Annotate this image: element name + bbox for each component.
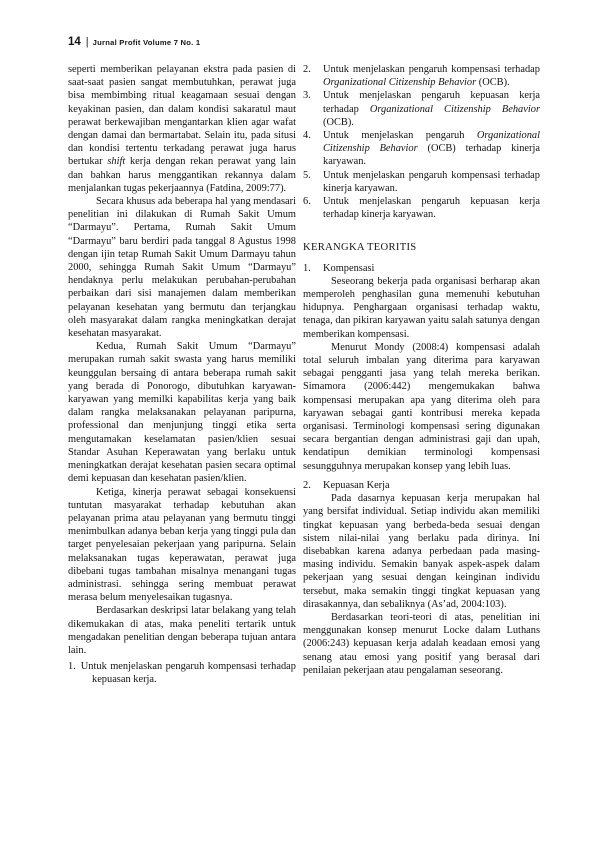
page-number: 14 <box>68 36 81 48</box>
subsection-title: Kompensasi <box>323 263 374 274</box>
list-number: 1. <box>68 661 76 672</box>
theory-sections: 1.KompensasiSeseorang bekerja pada organ… <box>303 262 540 677</box>
list-number: 3. <box>303 89 311 102</box>
subsection-number: 1. <box>303 262 311 275</box>
right-column: 2.Untuk menjelaskan pengaruh kompensasi … <box>303 63 540 687</box>
subsection-heading: 2.Kepuasan Kerja <box>303 479 540 492</box>
text-run: Untuk menjelaskan pengaruh kompensasi te… <box>323 170 540 194</box>
numbered-list-item: 1.Untuk menjelaskan pengaruh kompensasi … <box>68 660 296 686</box>
numbered-list-item: 2.Untuk menjelaskan pengaruh kompensasi … <box>303 63 540 89</box>
header-separator: | <box>86 36 89 48</box>
numbered-list-item: 6.Untuk menjelaskan pengaruh kepuasan ke… <box>303 195 540 221</box>
two-column-body: seperti memberikan pelayanan ekstra pada… <box>68 63 540 687</box>
text-run: Secara khusus ada beberapa hal yang mend… <box>68 196 296 339</box>
italic-text-run: shift <box>107 156 125 167</box>
italic-text-run: Organizational Citizenship Behavior <box>370 104 540 115</box>
text-run: Untuk menjelaskan pengaruh <box>323 130 477 141</box>
objectives-list-continued: 2.Untuk menjelaskan pengaruh kompensasi … <box>303 63 540 221</box>
list-number: 4. <box>303 129 311 142</box>
subsection-number: 2. <box>303 479 311 492</box>
text-run: Pada dasarnya kepuasan kerja merupakan h… <box>303 493 540 610</box>
list-item-text: Untuk menjelaskan pengaruh Organizationa… <box>323 130 540 167</box>
text-run: Ketiga, kinerja perawat sebagai konsekue… <box>68 487 296 604</box>
text-run: (OCB). <box>323 117 354 128</box>
paragraph: Menurut Mondy (2008:4) kompensasi adalah… <box>303 341 540 473</box>
text-run: Seseorang bekerja pada organisasi berhar… <box>303 276 540 340</box>
list-item-text: Untuk menjelaskan pengaruh kompensasi te… <box>323 170 540 194</box>
journal-title: Jurnal Profit Volume 7 No. 1 <box>93 38 201 47</box>
theory-section: 2.Kepuasan KerjaPada dasarnya kepuasan k… <box>303 479 540 677</box>
left-column: seperti memberikan pelayanan ekstra pada… <box>68 63 296 687</box>
text-run: Berdasarkan deskripsi latar belakang yan… <box>68 605 296 656</box>
list-number: 2. <box>303 63 311 76</box>
text-run: seperti memberikan pelayanan ekstra pada… <box>68 64 296 167</box>
paragraph: Secara khusus ada beberapa hal yang mend… <box>68 195 296 340</box>
paragraph: Berdasarkan deskripsi latar belakang yan… <box>68 604 296 657</box>
numbered-list-item: 4.Untuk menjelaskan pengaruh Organizatio… <box>303 129 540 169</box>
theory-section: 1.KompensasiSeseorang bekerja pada organ… <box>303 262 540 473</box>
subsection-title: Kepuasan Kerja <box>323 480 390 491</box>
text-run: Untuk menjelaskan pengaruh kepuasan kerj… <box>323 196 540 220</box>
list-item-text: Untuk menjelaskan pengaruh kompensasi te… <box>323 64 540 88</box>
text-run: (OCB). <box>476 77 509 88</box>
list-item-text: Untuk menjelaskan pengaruh kompensasi te… <box>81 661 296 685</box>
numbered-list-item: 3.Untuk menjelaskan pengaruh kepuasan ke… <box>303 89 540 129</box>
left-paragraphs: seperti memberikan pelayanan ekstra pada… <box>68 63 296 657</box>
italic-text-run: Organizational Citizenship Behavior <box>323 77 476 88</box>
paragraph: Kedua, Rumah Sakit Umum “Darmayu” merupa… <box>68 340 296 485</box>
text-run: Kedua, Rumah Sakit Umum “Darmayu” merupa… <box>68 341 296 484</box>
paragraph: Berdasarkan teori-teori di atas, penelit… <box>303 611 540 677</box>
text-run: Untuk menjelaskan pengaruh kompensasi te… <box>323 64 540 75</box>
paragraph: Pada dasarnya kepuasan kerja merupakan h… <box>303 492 540 611</box>
list-number: 5. <box>303 169 311 182</box>
text-run: Menurut Mondy (2008:4) kompensasi adalah… <box>303 342 540 472</box>
numbered-list-item: 5. Untuk menjelaskan pengaruh kompensasi… <box>303 169 540 195</box>
paragraph: Ketiga, kinerja perawat sebagai konsekue… <box>68 486 296 605</box>
list-number: 6. <box>303 195 311 208</box>
running-header: 14 | Jurnal Profit Volume 7 No. 1 <box>68 36 540 48</box>
text-run: Berdasarkan teori-teori di atas, penelit… <box>303 612 540 676</box>
list-item-text: Untuk menjelaskan pengaruh kepuasan kerj… <box>323 196 540 220</box>
objectives-list-start: 1.Untuk menjelaskan pengaruh kompensasi … <box>68 660 296 686</box>
paragraph: seperti memberikan pelayanan ekstra pada… <box>68 63 296 195</box>
section-heading-kerangka-teoritis: KERANGKA TEORITIS <box>303 241 540 254</box>
paragraph: Seseorang bekerja pada organisasi berhar… <box>303 275 540 341</box>
subsection-heading: 1.Kompensasi <box>303 262 540 275</box>
text-run: Untuk menjelaskan pengaruh kompensasi te… <box>81 661 296 685</box>
list-item-text: Untuk menjelaskan pengaruh kepuasan kerj… <box>323 90 540 127</box>
document-page: 14 | Jurnal Profit Volume 7 No. 1 sepert… <box>0 0 596 842</box>
